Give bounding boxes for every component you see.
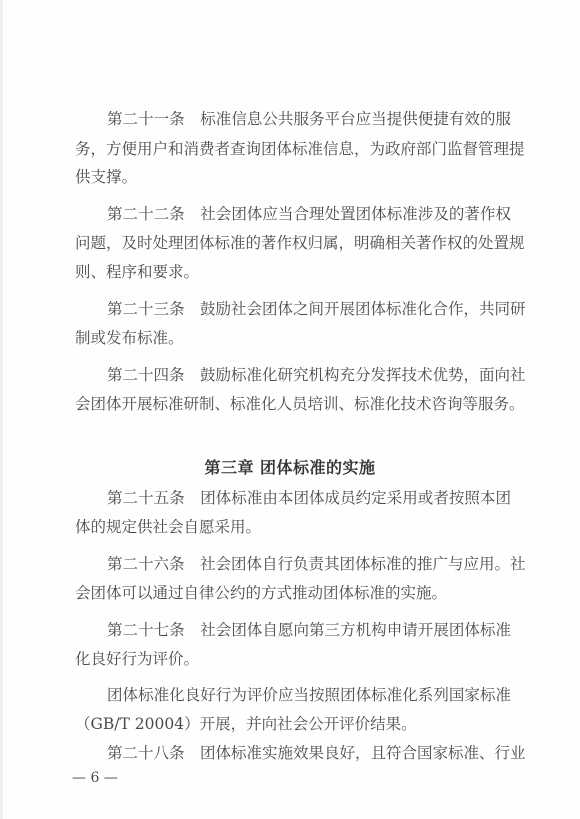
chapter-heading: 第三章 团体标准的实施 (0, 455, 580, 478)
article-22-line-1: 第二十二条 社会团体应当合理处置团体标准涉及的著作权 (107, 203, 511, 225)
article-27-line-1: 第二十七条 社会团体自愿向第三方机构申请开展团体标准 (107, 619, 511, 641)
article-24-line-1: 第二十四条 鼓励标准化研究机构充分发挥技术优势，面向社 (107, 364, 511, 386)
article-25-line-1: 第二十五条 团体标准由本团体成员约定采用或者按照本团 (107, 487, 511, 509)
article-26-line-2: 会团体可以通过自律公约的方式推动团体标准的实施。 (75, 582, 511, 604)
article-21-line-2: 务，方便用户和消费者查询团体标准信息，为政府部门监督管理提 (75, 138, 511, 160)
article-27-para-2-line-1: 团体标准化良好行为评价应当按照团体标准化系列国家标准 (107, 684, 511, 706)
article-26-line-1: 第二十六条 社会团体自行负责其团体标准的推广与应用。社 (107, 553, 511, 575)
article-25-line-2: 体的规定供社会自愿采用。 (75, 516, 511, 538)
article-27-line-2: 化良好行为评价。 (75, 648, 511, 670)
article-28-line-1: 第二十八条 团体标准实施效果良好，且符合国家标准、行业 (107, 742, 511, 764)
article-22-line-3: 则、程序和要求。 (75, 261, 511, 283)
page-number: — 6 — (72, 770, 118, 786)
article-27-para-2-line-2: （GB/T 20004）开展，并向社会公开评价结果。 (75, 713, 511, 735)
article-23-line-2: 制或发布标准。 (75, 327, 511, 349)
article-21-line-3: 供支撑。 (75, 166, 511, 188)
document-page: 第二十一条 标准信息公共服务平台应当提供便捷有效的服 务，方便用户和消费者查询团… (0, 0, 580, 819)
article-23-line-1: 第二十三条 鼓励社会团体之间开展团体标准化合作，共同研 (107, 298, 511, 320)
article-21-line-1: 第二十一条 标准信息公共服务平台应当提供便捷有效的服 (107, 108, 511, 130)
article-24-line-2: 会团体开展标准研制、标准化人员培训、标准化技术咨询等服务。 (75, 393, 511, 415)
page-edge (0, 0, 3, 819)
article-22-line-2: 问题，及时处理团体标准的著作权归属，明确相关著作权的处置规 (75, 232, 511, 254)
